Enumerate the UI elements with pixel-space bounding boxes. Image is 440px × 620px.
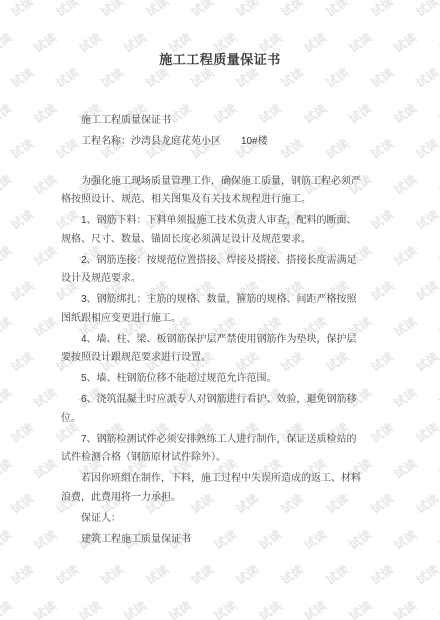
paragraph: 4、墙、柱、梁、板钢筋保护层严禁使用钢筋作为垫块，保护层要按照设计跟规范要求进行… [61, 331, 364, 368]
document-content: 施工工程质量保证书 施工工程质量保证书 工程名称：沙湾县龙庭花苑小区 10#楼 … [0, 0, 440, 549]
document-page: 试读试读试读试读试读试读试读试读试读试读试读试读试读试读试读试读试读试读试读试读… [0, 0, 440, 620]
paragraph: 1、钢筋下料：下料单须报施工技术负责人审查，配料的断面、规格、尺寸、数量、锚固长… [61, 212, 364, 249]
document-subtitle: 施工工程质量保证书 [61, 112, 364, 131]
trial-watermark: 试读 [52, 561, 81, 589]
paragraph: 7、钢筋检测试件必须安排熟练工人进行制作，保证送质检站的试件检测合格（钢筋原材试… [61, 431, 364, 468]
page-title: 施工工程质量保证书 [0, 0, 440, 67]
trial-watermark: 试读 [210, 596, 239, 620]
trial-watermark: 试读 [75, 596, 104, 620]
trial-watermark: 试读 [390, 596, 419, 620]
trial-watermark: 试读 [7, 561, 36, 589]
trial-watermark: 试读 [255, 596, 284, 620]
trial-watermark: 试读 [322, 561, 351, 589]
trial-watermark: 试读 [120, 596, 149, 620]
trial-watermark: 试读 [367, 561, 396, 589]
paragraph: 6、浇筑混凝土时应派专人对钢筋进行看护、效验，避免钢筋移位。 [61, 391, 364, 428]
paragraph: 2、钢筋连接：按规范位置搭接、焊接及搭接、搭接长度需满足设计及规范要求。 [61, 252, 364, 289]
trial-watermark: 试读 [30, 596, 59, 620]
paragraph: 若因你班组在制作，下料，施工过程中失误所造成的返工、材料浪费，此费用将一力承担。 [61, 470, 364, 507]
paragraph-list: 为强化施工现场质量管理工作，确保施工质量，钢筋工程必须严格按照设计、规范、相关图… [61, 173, 364, 508]
paragraph: 5、墙、柱钢筋位移不能超过规范允许范围。 [61, 370, 364, 389]
trial-watermark: 试读 [300, 596, 329, 620]
trial-watermark: 试读 [97, 561, 126, 589]
project-name-line: 工程名称：沙湾县龙庭花苑小区 10#楼 [61, 133, 364, 152]
footer-title: 建筑工程施工质量保证书 [61, 531, 364, 550]
document-body: 施工工程质量保证书 工程名称：沙湾县龙庭花苑小区 10#楼 为强化施工现场质量管… [61, 112, 364, 549]
guarantor-label: 保证人： [61, 510, 364, 529]
trial-watermark: 试读 [345, 596, 374, 620]
trial-watermark: 试读 [435, 596, 440, 620]
trial-watermark: 试读 [277, 561, 306, 589]
trial-watermark: 试读 [412, 561, 440, 589]
trial-watermark: 试读 [165, 596, 194, 620]
trial-watermark: 试读 [232, 561, 261, 589]
trial-watermark: 试读 [187, 561, 216, 589]
paragraph: 为强化施工现场质量管理工作，确保施工质量，钢筋工程必须严格按照设计、规范、相关图… [61, 173, 364, 210]
paragraph: 3、钢筋绑扎：主筋的规格、数量，箍筋的规格、间距严格按照图纸跟相应变更进行施工。 [61, 291, 364, 328]
trial-watermark: 试读 [0, 596, 15, 620]
trial-watermark: 试读 [142, 561, 171, 589]
